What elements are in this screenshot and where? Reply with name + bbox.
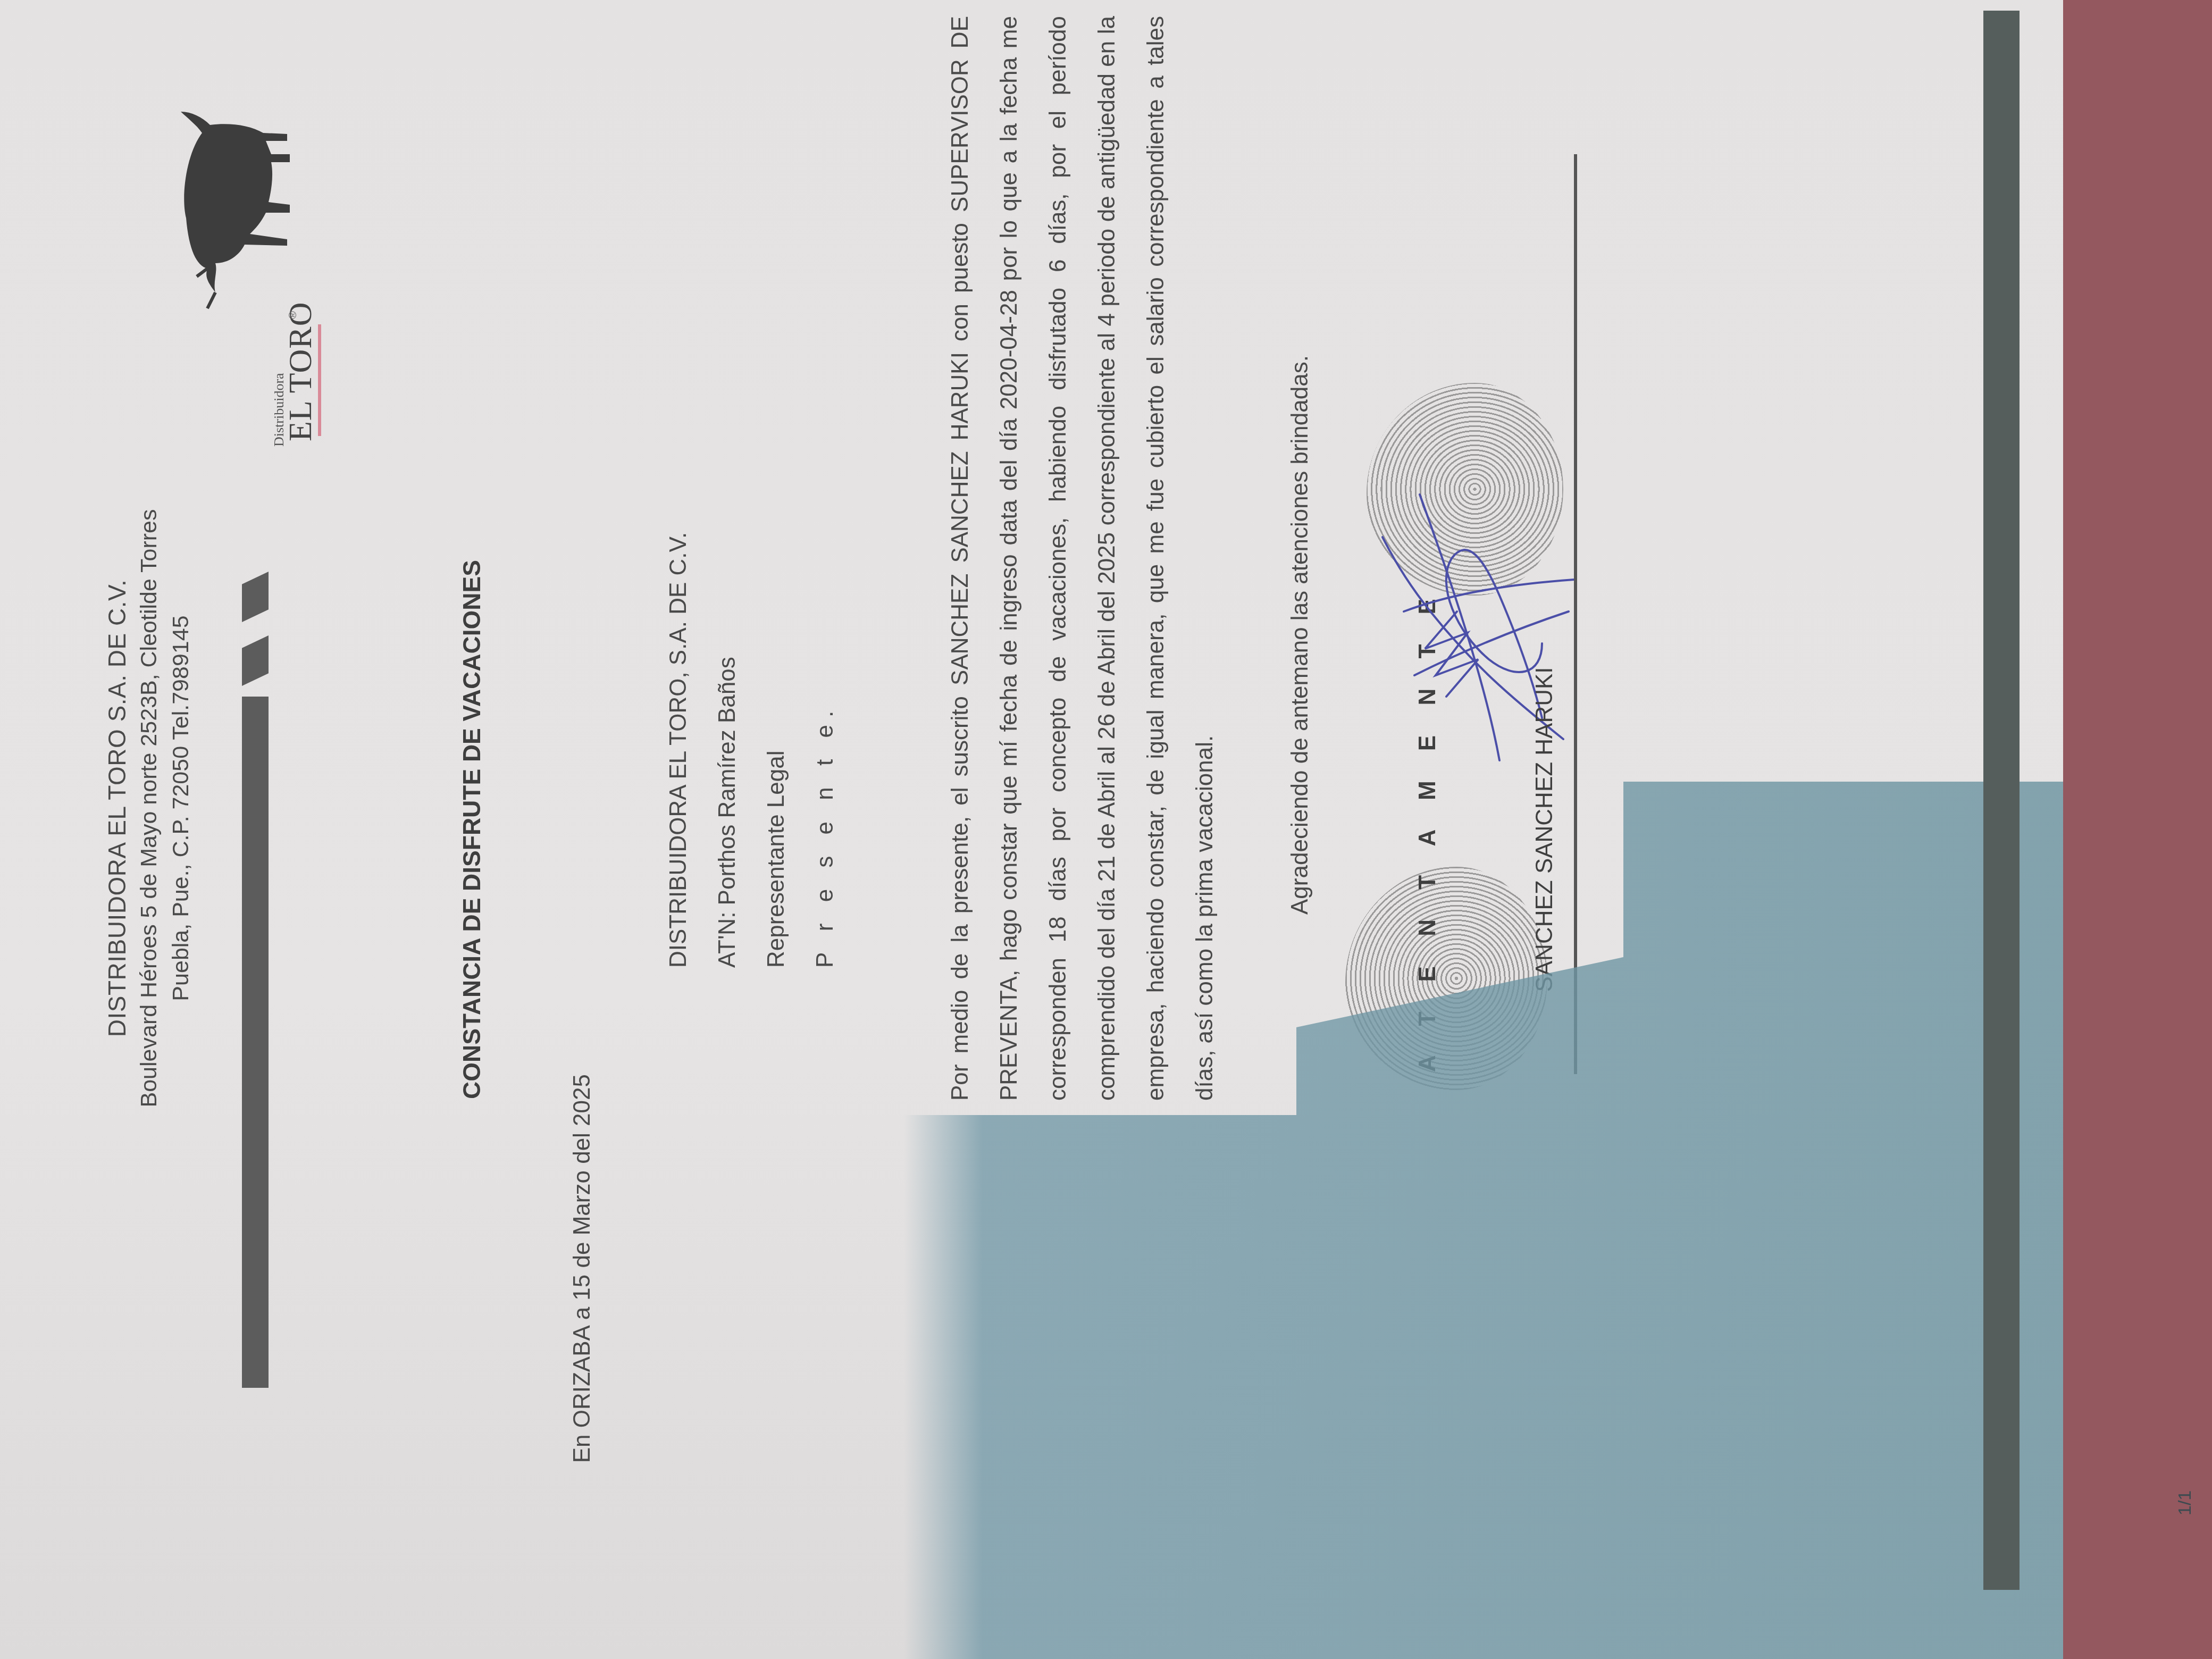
document-title: CONSTANCIA DE DISFRUTE DE VACACIONES	[457, 0, 486, 1659]
company-address: Boulevard Héroes 5 de Mayo norte 2523B, …	[133, 383, 165, 1234]
addressee-block: DISTRIBUIDORA EL TORO, S.A. DE C.V. AT'N…	[654, 532, 850, 968]
city-date: En ORIZABA a 15 de Marzo del 2025	[569, 1074, 596, 1463]
body-paragraph: Por medio de la presente, el suscrito SA…	[936, 16, 1229, 1101]
page-number: 1/1	[2175, 1490, 2196, 1515]
closing-line: Agradeciendo de antemano las atenciones …	[1287, 355, 1313, 915]
addressee-attention: AT'N: Porthos Ramírez Baños	[703, 532, 752, 968]
addressee-role: Representante Legal	[752, 532, 801, 968]
greeting: P r e s e n t e.	[801, 532, 850, 968]
header-bar	[242, 697, 269, 1388]
company-city-phone: Puebla, Pue., C.P. 72050 Tel.7989145	[165, 383, 197, 1234]
addressee-company: DISTRIBUIDORA EL TORO, S.A. DE C.V.	[654, 532, 703, 968]
signature-line	[1574, 154, 1577, 1074]
fingerprint-left	[1345, 867, 1547, 1090]
header-bar-segment	[242, 572, 269, 622]
logo-wordmark: EL TORO	[282, 302, 320, 441]
signer-name: SANCHEZ SANCHEZ HARUKI	[1531, 0, 1558, 1659]
footer-bar-dark	[1983, 11, 2020, 1590]
footer-bar-red	[2063, 0, 2212, 1659]
registered-mark: ®	[287, 311, 299, 319]
header-bar-segment	[242, 635, 269, 686]
logo-tagline	[318, 324, 321, 436]
document-page: DISTRIBUIDORA EL TORO S.A. DE C.V. Boule…	[0, 0, 2212, 1659]
letterhead: DISTRIBUIDORA EL TORO S.A. DE C.V. Boule…	[101, 383, 197, 1234]
company-name: DISTRIBUIDORA EL TORO S.A. DE C.V.	[101, 383, 133, 1234]
